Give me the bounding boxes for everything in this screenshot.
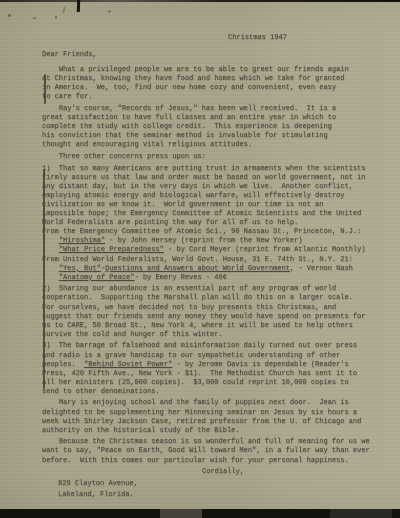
paper-speck xyxy=(33,17,36,19)
book-title-anatomy-of-peace: "Anatomy of Peace" xyxy=(59,274,135,282)
paragraph-family: Mary is enjoying school and the family o… xyxy=(42,399,388,435)
item1-text: - by Emery Reves - 40¢ xyxy=(134,274,226,282)
date-line: Christmas 1947 xyxy=(228,34,388,43)
scanned-letter-page: Christmas 1947 Dear Friends, What a priv… xyxy=(0,0,400,518)
letter-body: Christmas 1947 Dear Friends, What a priv… xyxy=(42,34,388,503)
paragraph-season: Because the Christmas season is so wonde… xyxy=(42,438,388,465)
item1-text: 1) That so many Americans are putting tr… xyxy=(42,165,365,246)
salutation: Dear Friends, xyxy=(42,51,388,60)
paper-speck xyxy=(55,16,57,19)
list-item-sharing-abundance: 2) Sharing our abundance is an essential… xyxy=(42,285,388,340)
book-title-world-government: Questions and Answers about World Govern… xyxy=(105,265,290,273)
staple-mark xyxy=(77,0,80,12)
paper-scratch xyxy=(62,6,66,14)
book-title-behind-soviet-power: "Behind Soviet Power" xyxy=(84,361,172,369)
address-line-2: Lakeland, Florida. xyxy=(58,491,388,500)
paragraph-course: Ray's course, "Records of Jesus," has be… xyxy=(42,105,388,150)
paper-speck xyxy=(108,10,111,13)
list-item-misinformation: 3) The barrage of falsehood and misinfor… xyxy=(42,342,388,397)
sender-address: 829 Clayton Avenue, Lakeland, Florida. xyxy=(42,480,388,501)
scan-edge-patch xyxy=(160,509,202,518)
closing: Cordially, xyxy=(202,468,388,477)
book-title-hiroshima: "Hiroshima" xyxy=(59,237,105,245)
paragraph-opening: What a privileged people we are to be ab… xyxy=(42,66,388,102)
address-line-1: 829 Clayton Avenue, xyxy=(58,480,388,489)
book-title-what-price-preparedness: "What Price Preparedness" xyxy=(59,246,164,254)
list-item-world-government: 1) That so many Americans are putting tr… xyxy=(42,165,388,283)
scan-edge-patch xyxy=(330,509,392,518)
paper-speck xyxy=(8,14,11,17)
scan-edge-top xyxy=(0,0,400,2)
paragraph-concerns-intro: Three other concerns press upon us: xyxy=(42,153,388,162)
scan-edge-bottom xyxy=(0,509,400,518)
book-title-yes-but: "Yes, But" xyxy=(59,265,101,273)
